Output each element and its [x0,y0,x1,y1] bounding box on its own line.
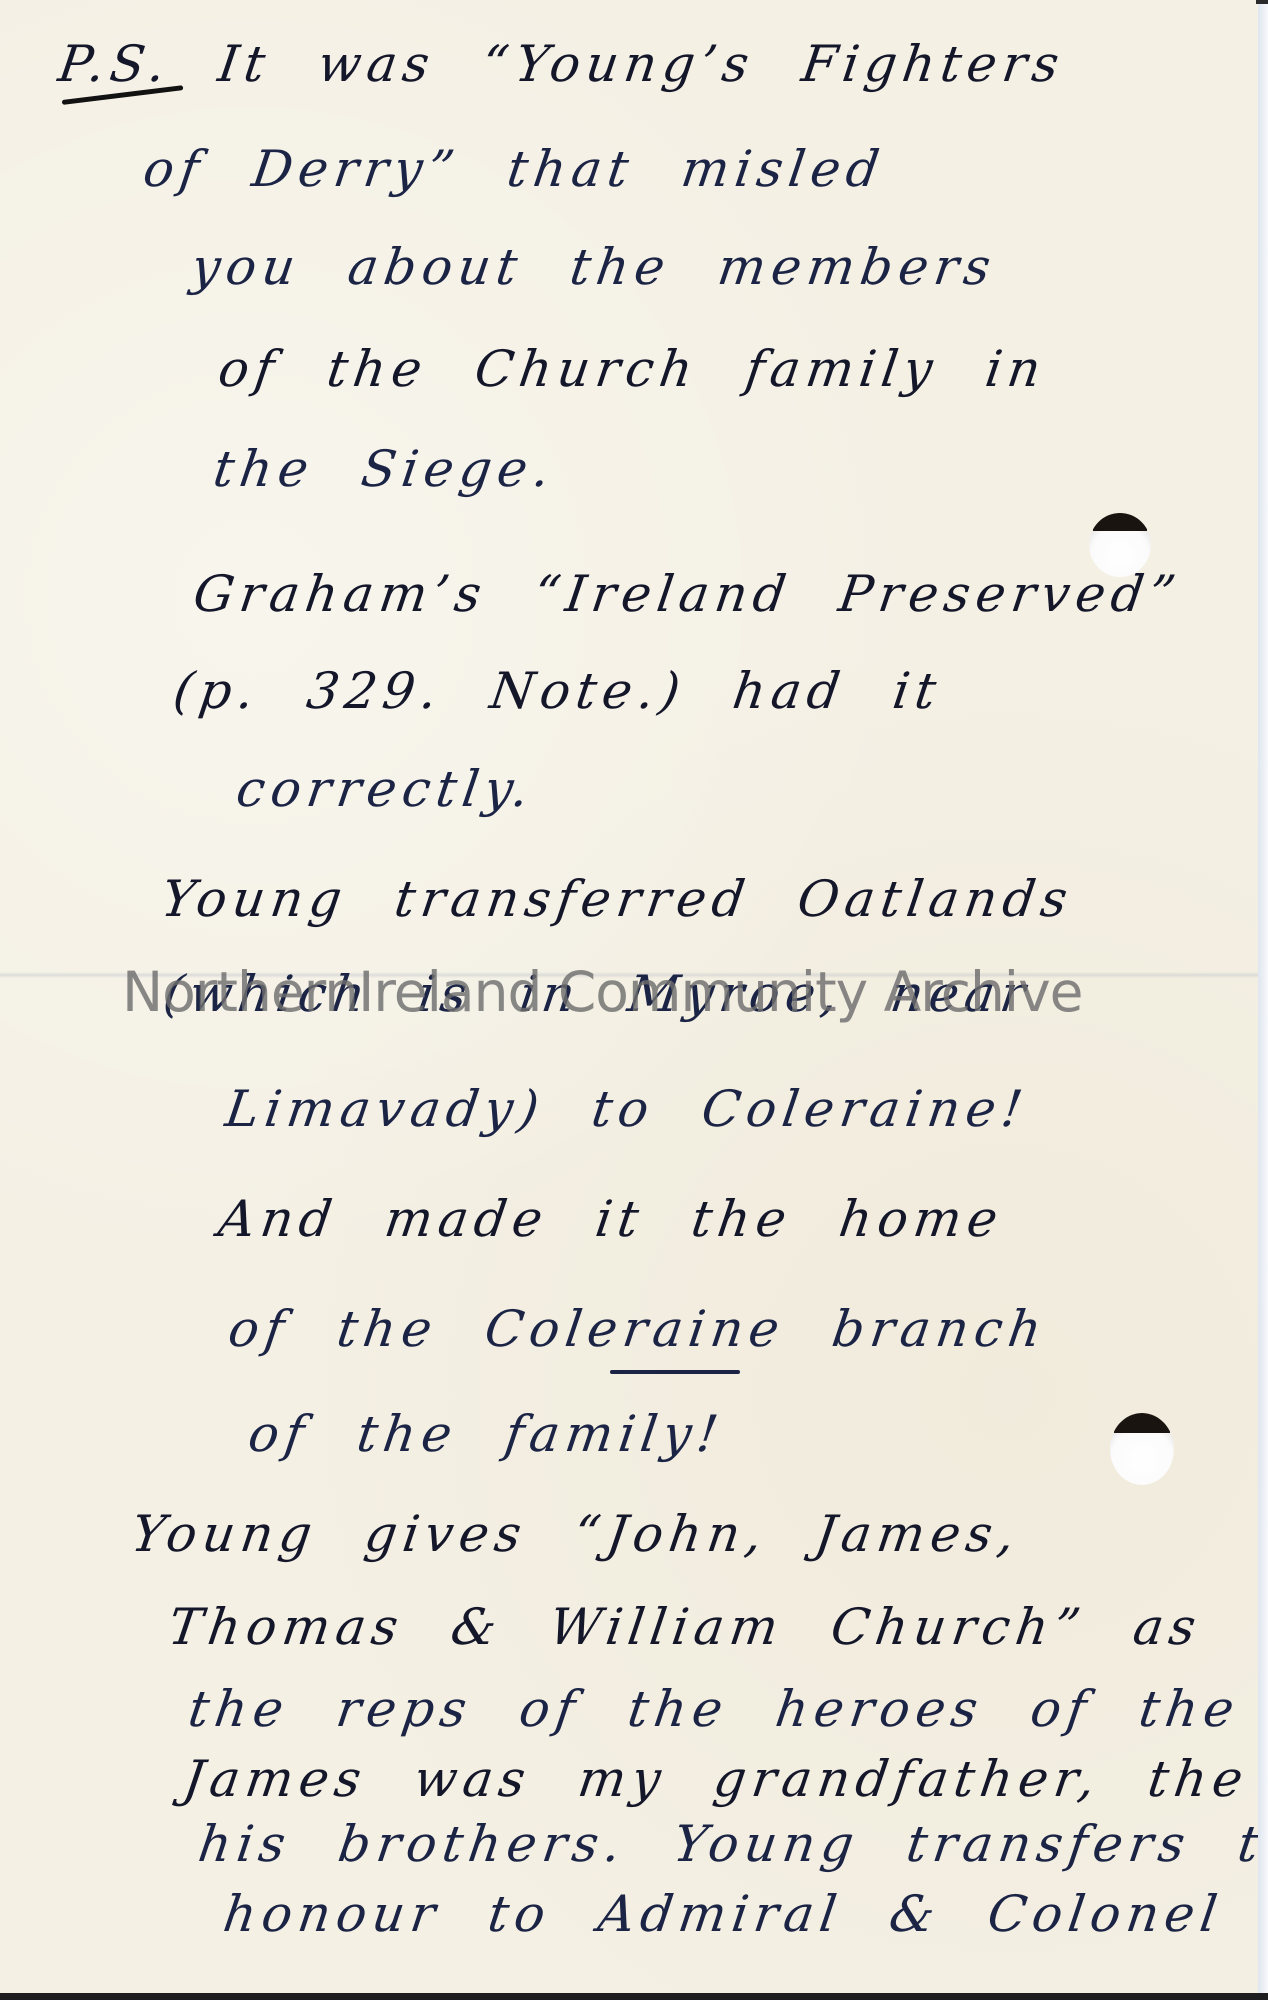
handwritten-line: honour to Admiral & Colonel Church! [220,1885,1268,1943]
letter-page: P.S. It was “Young’s Fighters of Derry” … [0,0,1258,1993]
handwritten-line: James was my grandfather, the others [180,1750,1268,1808]
handwritten-line: the Siege. [210,440,559,498]
handwritten-line: of the Coleraine branch [225,1300,1051,1358]
handwritten-line: Young transferred Oatlands [158,870,1077,928]
punch-hole-icon [1110,1413,1174,1485]
scan-edge-right [1258,0,1268,1993]
handwritten-line: (which is in Myroe, near [160,965,1035,1023]
handwritten-line: correctly. [233,760,538,818]
handwritten-line: his brothers. Young transfers this [195,1815,1268,1873]
handwritten-line: the reps of the heroes of the Siege. [185,1680,1268,1738]
handwritten-line: P.S. It was “Young’s Fighters [55,35,1068,93]
handwritten-line: of Derry” that misled [140,140,889,198]
coleraine-underline [610,1370,740,1374]
handwritten-line: Young gives “John, James, [128,1505,1024,1563]
handwritten-line: of the Church family in [215,340,1050,398]
scan-edge-corner [1256,0,1268,4]
handwritten-line: Limavady) to Coleraine! [222,1080,1032,1138]
handwritten-line: you about the members [188,238,1000,296]
handwritten-line: And made it the home [215,1190,1007,1248]
handwritten-line: Thomas & William Church” as [165,1598,1205,1656]
scan-edge-bottom [0,1993,1268,2000]
handwritten-line: Graham’s “Ireland Preserved” [190,565,1185,623]
handwritten-line: (p. 329. Note.) had it [170,662,946,720]
handwritten-line: of the family! [245,1405,727,1463]
